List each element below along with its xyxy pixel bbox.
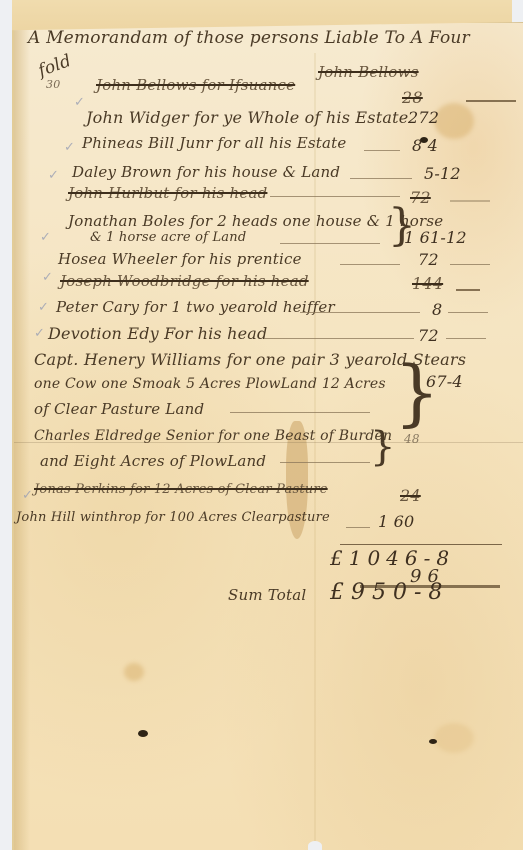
entry-name-continued: one Cow one Smoak 5 Acres PlowLand 12 Ac… [34, 376, 386, 392]
entry-overwrite: John Bellows [318, 63, 419, 81]
entry-amount: 272 [408, 108, 439, 127]
brace: } [394, 350, 440, 434]
entry-name: Devotion Edy For his head [48, 324, 267, 343]
entry-amount: 8 4 [412, 136, 438, 155]
dash [280, 243, 380, 244]
water-stain [434, 723, 474, 753]
check-mark-icon: ✓ [64, 140, 75, 155]
dash [300, 312, 420, 313]
entry-amount: 48 [404, 432, 420, 446]
document-title: A Memorandam of those persons Liable To … [28, 28, 470, 48]
entry-name: John Hurlbut for his head [68, 184, 267, 202]
entry-amount: 67-4 [426, 372, 463, 391]
entry-name: Phineas Bill Junr for all his Estate [82, 134, 346, 152]
entry-amount: 144 [412, 274, 443, 293]
ink-blot [138, 730, 148, 737]
dash [346, 527, 370, 528]
entry-amount: 5-12 [424, 164, 461, 183]
sum-rule [340, 544, 502, 545]
ink-blot [429, 739, 437, 744]
brace: } [370, 424, 395, 470]
entry-amount: 1 60 [378, 512, 414, 531]
entry-amount: 1 61-12 [404, 228, 467, 247]
entry-name: Jonas Perkins for 12 Acres of Clear Past… [34, 482, 328, 497]
dash [350, 178, 412, 179]
entry-amount: 28 [402, 88, 423, 107]
dash [466, 100, 516, 102]
dash [450, 264, 490, 265]
margin-note: 30 [46, 78, 60, 91]
dash [364, 150, 400, 151]
dash [450, 200, 490, 202]
entry-amount: 24 [400, 486, 421, 505]
entry-amount: 72 [418, 326, 439, 345]
check-mark-icon: ✓ [38, 300, 49, 315]
check-mark-icon: ✓ [42, 270, 53, 285]
dash [446, 338, 486, 339]
check-mark-icon: ✓ [48, 168, 59, 183]
entry-name: John Bellows for Ifsuance [96, 76, 295, 94]
entry-name: Hosea Wheeler for his prentice [58, 250, 302, 268]
entry-name: John Widger for ye Whole of his Estate [86, 108, 408, 127]
check-mark-icon: ✓ [74, 95, 85, 110]
dash [270, 196, 400, 197]
entry-name-continued: of Clear Pasture Land [34, 400, 204, 418]
dash [340, 264, 400, 265]
dash [280, 462, 370, 463]
entry-name: John Hill winthrop for 100 Acres Clearpa… [16, 510, 330, 525]
dash [456, 289, 480, 291]
entry-amount: 8 [432, 300, 442, 319]
scanned-document: A Memorandam of those persons Liable To … [0, 0, 523, 850]
dash [264, 338, 414, 339]
entry-name-continued: & 1 horse acre of Land [90, 230, 246, 245]
fold-line [14, 442, 523, 443]
entry-name: Joseph Woodbridge for his head [60, 272, 309, 290]
dash [448, 312, 488, 313]
entry-name: Daley Brown for his house & Land [72, 163, 340, 181]
entry-name: Peter Cary for 1 two yearold heiffer [56, 298, 335, 316]
entry-name-continued: and Eight Acres of PlowLand [40, 452, 266, 470]
total-label: Sum Total [228, 586, 306, 604]
sum-total: £950-8 [330, 580, 449, 605]
water-stain [434, 103, 474, 139]
paper-notch [308, 841, 322, 850]
entry-amount: 72 [418, 250, 439, 269]
check-mark-icon: ✓ [34, 326, 45, 341]
check-mark-icon: ✓ [22, 488, 33, 503]
water-stain [124, 663, 144, 681]
dash [230, 412, 370, 413]
check-mark-icon: ✓ [40, 230, 51, 245]
